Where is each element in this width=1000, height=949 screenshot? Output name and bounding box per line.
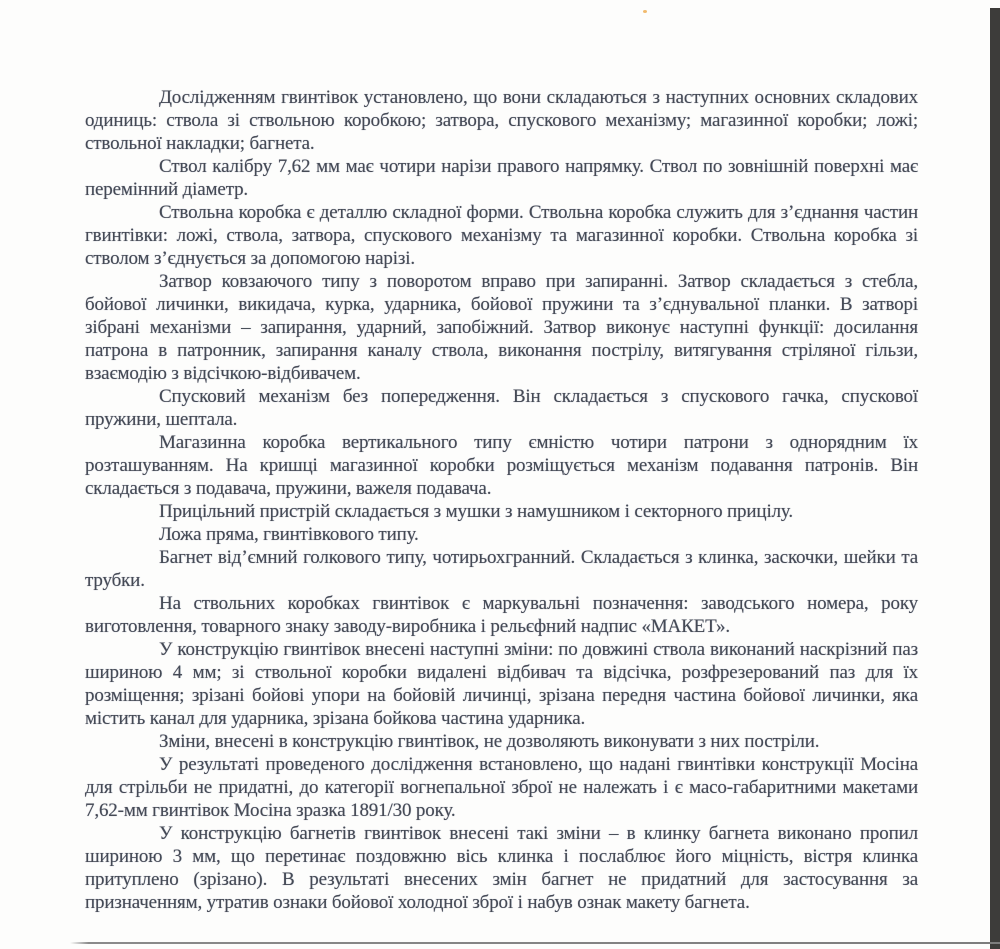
- paragraph-magazine: Магазинна коробка вертикального типу ємн…: [85, 431, 918, 500]
- scanner-rule-bottom: [70, 942, 1000, 944]
- paragraph-receiver: Ствольна коробка є деталлю складної форм…: [85, 201, 918, 270]
- paragraph-conclusion-rifles: У результаті проведеного дослідження вст…: [85, 753, 918, 822]
- paragraph-stock: Ложа пряма, гвинтівкового типу.: [85, 523, 918, 546]
- document-text-block: Дослідженням гвинтівок установлено, що в…: [85, 86, 918, 914]
- paragraph-modifications: У конструкцію гвинтівок внесені наступні…: [85, 638, 918, 730]
- paragraph-markings: На ствольних коробках гвинтівок є маркув…: [85, 592, 918, 638]
- paragraph-components-overview: Дослідженням гвинтівок установлено, що в…: [85, 86, 918, 155]
- scanner-edge-shadow-right: [990, 8, 1000, 949]
- scan-speck-artifact: [643, 10, 647, 13]
- paragraph-bolt: Затвор ковзаючого типу з поворотом вправ…: [85, 270, 918, 385]
- paragraph-bayonet: Багнет від’ємний голкового типу, чотирьо…: [85, 546, 918, 592]
- paragraph-sights: Прицільний пристрій складається з мушки …: [85, 500, 918, 523]
- paragraph-conclusion-bayonets: У конструкцію багнетів гвинтівок внесені…: [85, 822, 918, 914]
- scanned-document-page: Дослідженням гвинтівок установлено, що в…: [0, 0, 1000, 949]
- paragraph-no-firing: Зміни, внесені в конструкцію гвинтівок, …: [85, 730, 918, 753]
- paragraph-trigger-mechanism: Спусковий механізм без попередження. Він…: [85, 385, 918, 431]
- paragraph-barrel: Ствол калібру 7,62 мм має чотири нарізи …: [85, 155, 918, 201]
